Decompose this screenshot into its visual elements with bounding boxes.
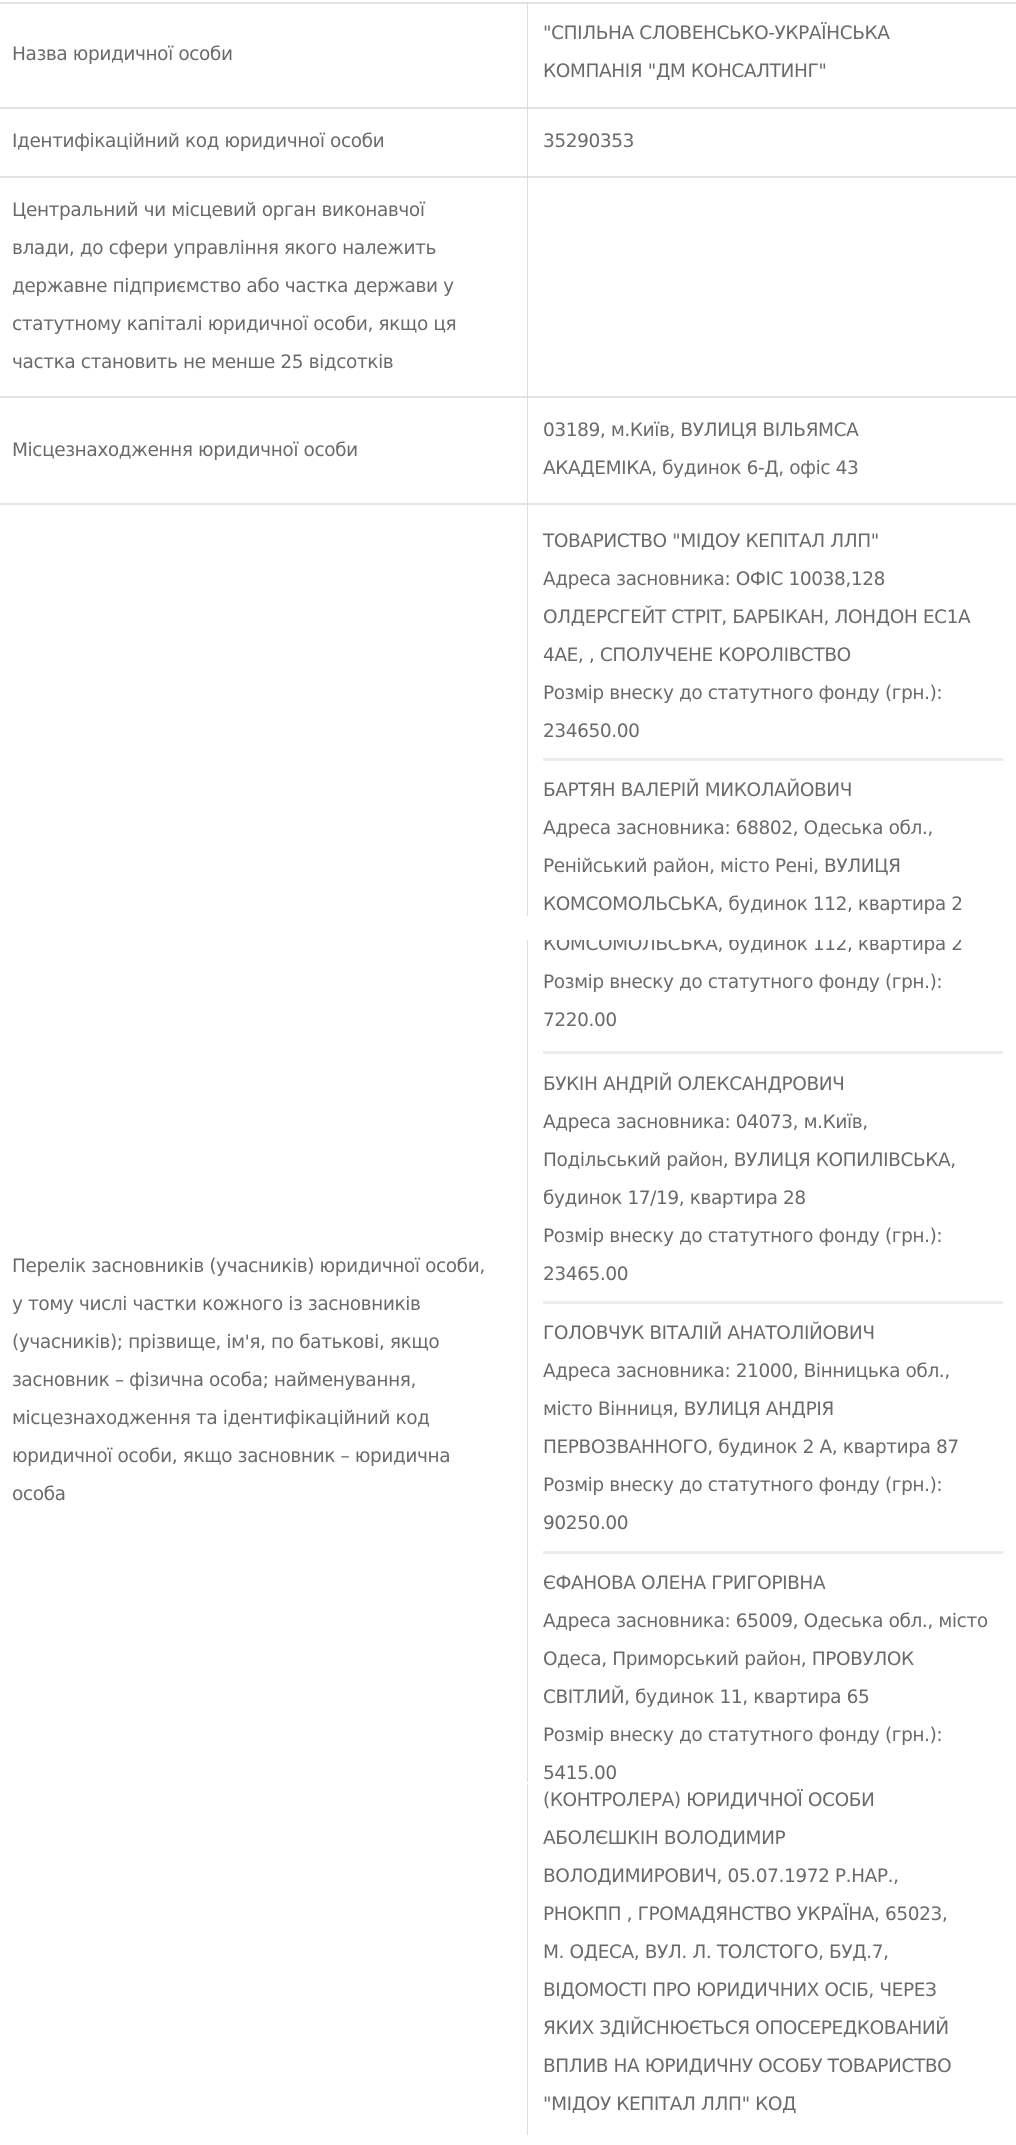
founder-name: БАРТЯН ВАЛЕРІЙ МИКОЛАЙОВИЧ [543, 772, 1005, 810]
founder-separator [543, 1051, 1003, 1054]
founders-segment: ТОВАРИСТВО "МІДОУ КЕПІТАЛ ЛЛП" Адреса за… [0, 504, 1016, 916]
contribution-value: 7220.00 [543, 1002, 1005, 1040]
founder-address: Одеса, Приморський район, ПРОВУЛОК [543, 1641, 1005, 1679]
beneficiary-text: (КОНТРОЛЕРА) ЮРИДИЧНОЇ ОСОБИ [543, 1782, 1005, 1820]
contribution-value: 234650.00 [543, 713, 1005, 751]
label-location: Місцезнаходження юридичної особи [12, 432, 517, 470]
contribution-value: 23465.00 [543, 1256, 1005, 1294]
founder-address: місто Вінниця, ВУЛИЦЯ АНДРІЯ [543, 1391, 1005, 1429]
value-text: АКАДЕМІКА, будинок 6-Д, офіс 43 [543, 450, 1005, 488]
value-entity-name: "СПІЛЬНА СЛОВЕНСЬКО-УКРАЇНСЬКА КОМПАНІЯ … [543, 15, 1005, 91]
founder-item: БАРТЯН ВАЛЕРІЙ МИКОЛАЙОВИЧ Адреса заснов… [543, 772, 1005, 916]
beneficiary-text: "МІДОУ КЕПІТАЛ ЛЛП" КОД [543, 2086, 1005, 2124]
founder-address: Ренійський район, місто Рені, ВУЛИЦЯ [543, 848, 1005, 886]
founder-separator [543, 1551, 1003, 1554]
founder-address: Адреса засновника: 21000, Вінницька обл.… [543, 1353, 1005, 1391]
founder-address: ПЕРВОЗВАННОГО, будинок 2 А, квартира 87 [543, 1429, 1005, 1467]
founder-address: Адреса засновника: 68802, Одеська обл., [543, 810, 1005, 848]
founder-address: СВІТЛИЙ, будинок 11, квартира 65 [543, 1679, 1005, 1717]
contribution-label: Розмір внеску до статутного фонду (грн.)… [543, 675, 1005, 713]
founder-name: ЄФАНОВА ОЛЕНА ГРИГОРІВНА [543, 1565, 1005, 1603]
founder-name: ТОВАРИСТВО "МІДОУ КЕПІТАЛ ЛЛП" [543, 523, 1005, 561]
founder-address: будинок 17/19, квартира 28 [543, 1180, 1005, 1218]
founder-address: Адреса засновника: 65009, Одеська обл., … [543, 1603, 1005, 1641]
founders-segment: (КОНТРОЛЕРА) ЮРИДИЧНОЇ ОСОБИ АБОЛЄШКІН В… [0, 1782, 1016, 2145]
founder-address: Адреса засновника: 04073, м.Київ, [543, 1104, 1005, 1142]
label-text: частка становить не менше 25 відсотків [12, 344, 517, 382]
label-text: Ідентифікаційний код юридичної особи [12, 123, 517, 161]
value-identification-code: 35290353 [543, 123, 1005, 161]
founder-item: ТОВАРИСТВО "МІДОУ КЕПІТАЛ ЛЛП" Адреса за… [543, 523, 1005, 751]
contribution-label: Розмір внеску до статутного фонду (грн.)… [543, 964, 1005, 1002]
beneficiary-text: ВПЛИВ НА ЮРИДИЧНУ ОСОБУ ТОВАРИСТВО [543, 2048, 1005, 2086]
value-text: КОМПАНІЯ "ДМ КОНСАЛТИНГ" [543, 53, 1005, 91]
contribution-label: Розмір внеску до статутного фонду (грн.)… [543, 1218, 1005, 1256]
founder-address: Адреса засновника: ОФІС 10038,128 [543, 561, 1005, 599]
label-text: влади, до сфери управління якого належит… [12, 230, 517, 268]
founder-separator [543, 1301, 1003, 1304]
row-border [0, 107, 1016, 109]
beneficiary-text: ВІДОМОСТІ ПРО ЮРИДИЧНИХ ОСІБ, ЧЕРЕЗ [543, 1972, 1005, 2010]
label-text: статутному капіталі юридичної особи, якщ… [12, 306, 517, 344]
founder-address: ОЛДЕРСГЕЙТ СТРІТ, БАРБІКАН, ЛОНДОН EC1A [543, 599, 1005, 637]
founder-address: Подільський район, ВУЛИЦЯ КОПИЛІВСЬКА, [543, 1142, 1005, 1180]
label-text: державне підприємство або частка держави… [12, 268, 517, 306]
founder-address: КОМСОМОЛЬСЬКА, будинок 112, квартира 2 [543, 940, 1005, 964]
label-text: Центральний чи місцевий орган виконавчої [12, 192, 517, 230]
founder-address: 4AE, , СПОЛУЧЕНЕ КОРОЛІВСТВО [543, 637, 1005, 675]
beneficiary-text: РНОКПП , ГРОМАДЯНСТВО УКРАЇНА, 65023, [543, 1896, 1005, 1934]
contribution-value: 5415.00 [543, 1755, 1005, 1782]
row-border [0, 2, 1016, 4]
contribution-label: Розмір внеску до статутного фонду (грн.)… [543, 1467, 1005, 1505]
founder-name: БУКІН АНДРІЙ ОЛЕКСАНДРОВИЧ [543, 1066, 1005, 1104]
founder-item: ГОЛОВЧУК ВІТАЛІЙ АНАТОЛІЙОВИЧ Адреса зас… [543, 1315, 1005, 1543]
founder-item: БУКІН АНДРІЙ ОЛЕКСАНДРОВИЧ Адреса заснов… [543, 1066, 1005, 1294]
value-text: 35290353 [543, 123, 1005, 161]
beneficiary-text: АБОЛЄШКІН ВОЛОДИМИР [543, 1820, 1005, 1858]
label-governing-authority: Центральний чи місцевий орган виконавчої… [12, 192, 517, 382]
value-text: "СПІЛЬНА СЛОВЕНСЬКО-УКРАЇНСЬКА [543, 15, 1005, 53]
beneficiary-text: ЯКИХ ЗДІЙСНЮЄТЬСЯ ОПОСЕРЕДКОВАНИЙ [543, 2010, 1005, 2048]
founders-segment: КОМСОМОЛЬСЬКА, будинок 112, квартира 2 Р… [0, 940, 1016, 1782]
founder-name: ГОЛОВЧУК ВІТАЛІЙ АНАТОЛІЙОВИЧ [543, 1315, 1005, 1353]
beneficiary-text: М. ОДЕСА, ВУЛ. Л. ТОЛСТОГО, БУД.7, [543, 1934, 1005, 1972]
label-entity-name: Назва юридичної особи [12, 36, 517, 74]
founder-address: КОМСОМОЛЬСЬКА, будинок 112, квартира 2 [543, 886, 1005, 916]
contribution-label: Розмір внеску до статутного фонду (грн.)… [543, 1717, 1005, 1755]
value-text: 03189, м.Київ, ВУЛИЦЯ ВІЛЬЯМСА [543, 412, 1005, 450]
contribution-value: 90250.00 [543, 1505, 1005, 1543]
label-text: Місцезнаходження юридичної особи [12, 432, 517, 470]
row-border [0, 396, 1016, 398]
value-location: 03189, м.Київ, ВУЛИЦЯ ВІЛЬЯМСА АКАДЕМІКА… [543, 412, 1005, 488]
founder-item: ЄФАНОВА ОЛЕНА ГРИГОРІВНА Адреса засновни… [543, 1565, 1005, 1782]
row-border [0, 176, 1016, 178]
beneficiary-text: ВОЛОДИМИРОВИЧ, 05.07.1972 Р.НАР., [543, 1858, 1005, 1896]
label-identification-code: Ідентифікаційний код юридичної особи [12, 123, 517, 161]
beneficiary-info: (КОНТРОЛЕРА) ЮРИДИЧНОЇ ОСОБИ АБОЛЄШКІН В… [543, 1782, 1005, 2124]
label-text: Назва юридичної особи [12, 36, 517, 74]
founder-item-continued: КОМСОМОЛЬСЬКА, будинок 112, квартира 2 Р… [543, 940, 1005, 1040]
founder-separator [543, 758, 1003, 761]
